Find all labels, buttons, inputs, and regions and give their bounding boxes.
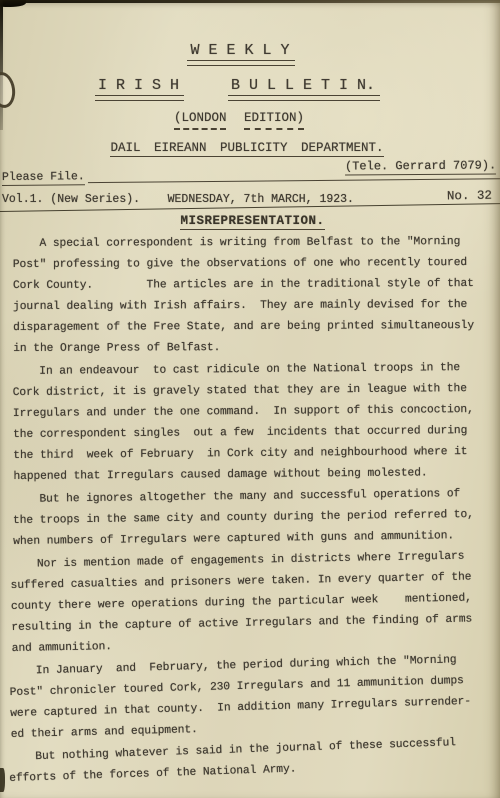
masthead-weekly-row: W E E K L Y: [0, 42, 480, 59]
paragraph-4: Nor is mention made of engagements in di…: [10, 546, 493, 660]
edition-word-london: (LONDON: [174, 111, 227, 130]
volume-date-line: Vol.1. (New Series). WEDNESDAY, 7th MARC…: [2, 193, 354, 206]
please-file-label: Please File.: [2, 170, 85, 186]
text-line: journal dealing with Irish affairs. They…: [13, 295, 492, 318]
masthead-title-row: I R I S H B U L L E T I N.: [98, 77, 375, 94]
text-line: Post" professing to give the observation…: [13, 253, 492, 276]
article-body: MISREPRESENTATION. A special corresponde…: [13, 214, 492, 792]
paragraph-1: A special correspondent is writing from …: [13, 232, 493, 360]
text-line: A special correspondent is writing from …: [13, 232, 492, 255]
horizontal-rule: [88, 178, 500, 183]
masthead-irish: I R I S H: [98, 77, 179, 94]
document-page: W E E K L Y I R I S H B U L L E T I N. (…: [0, 0, 500, 798]
paragraph-5: In January and February, the period duri…: [9, 649, 493, 746]
article-title-row: MISREPRESENTATION.: [13, 214, 492, 228]
paragraph-3: But he ignores altogether the many and s…: [13, 484, 493, 553]
masthead-bulletin: B U L L E T I N.: [231, 77, 375, 94]
department-name: DAIL EIREANN PUBLICITY DEPARTMENT.: [110, 141, 383, 157]
paragraph-2: In an endeavour to cast ridicule on the …: [12, 358, 492, 488]
text-line: Cork County. The articles are in the tra…: [13, 274, 492, 297]
department-line: DAIL EIREANN PUBLICITY DEPARTMENT.: [0, 141, 494, 155]
issue-number: No. 32: [447, 189, 492, 204]
text-line: in the Orange Press of Belfast.: [13, 337, 492, 360]
masthead-weekly: W E E K L Y: [190, 42, 289, 59]
please-file-row: Please File.: [2, 166, 500, 186]
text-line: disparagement of the Free State, and are…: [13, 316, 492, 339]
edition-line: (LONDON EDITION): [0, 111, 478, 125]
article-title: MISREPRESENTATION.: [180, 214, 324, 230]
edition-word-edition: EDITION): [244, 111, 304, 130]
